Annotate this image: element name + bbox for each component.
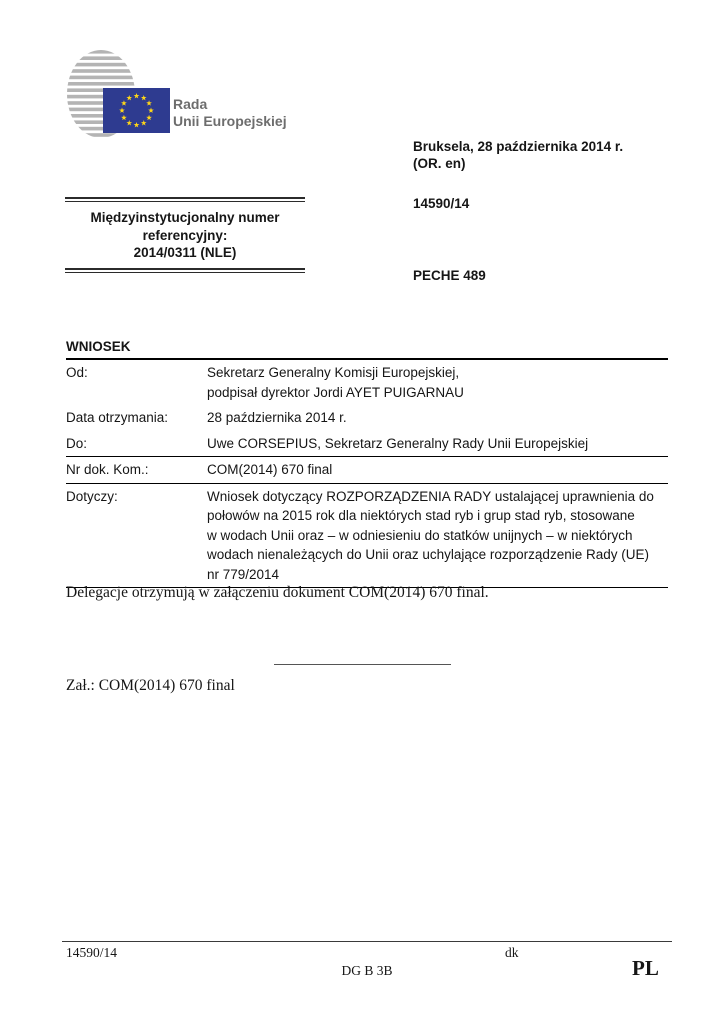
footer-initials: dk: [505, 945, 519, 961]
row-label: Nr dok. Kom.:: [66, 460, 207, 480]
row-value: Sekretarz Generalny Komisji Europejskiej…: [207, 363, 668, 402]
table-row-date-received: Data otrzymania: 28 października 2014 r.: [66, 405, 668, 431]
row-label: Do:: [66, 434, 207, 454]
row-label: Data otrzymania:: [66, 408, 207, 428]
place-and-date: Bruksela, 28 października 2014 r. (OR. e…: [413, 139, 623, 172]
row-label: Dotyczy:: [66, 487, 207, 585]
box-bottom-rule: [65, 268, 305, 273]
table-row-from: Od: Sekretarz Generalny Komisji Europejs…: [66, 360, 668, 405]
interinstitutional-reference-box: Międzyinstytucjonalny numer referencyjny…: [65, 197, 305, 273]
row-value: Uwe CORSEPIUS, Sekretarz Generalny Rady …: [207, 434, 668, 454]
interinstitutional-reference: Międzyinstytucjonalny numer referencyjny…: [65, 202, 305, 268]
place-date-line: Bruksela, 28 października 2014 r.: [413, 139, 623, 156]
table-row-to: Do: Uwe CORSEPIUS, Sekretarz Generalny R…: [66, 431, 668, 457]
cover-table: WNIOSEK Od: Sekretarz Generalny Komisji …: [66, 339, 668, 588]
row-value: COM(2014) 670 final: [207, 460, 668, 480]
table-row-commission-doc-number: Nr dok. Kom.: COM(2014) 670 final: [66, 456, 668, 483]
separator-line: [274, 664, 451, 665]
row-value: 28 października 2014 r.: [207, 408, 668, 428]
footer-department: DG B 3B: [62, 963, 672, 979]
row-label: Od:: [66, 363, 207, 402]
table-row-subject: Dotyczy: Wniosek dotyczący ROZPORZĄDZENI…: [66, 483, 668, 589]
reference-line3: 2014/0311 (NLE): [67, 244, 303, 262]
org-name-line1: Rada: [173, 96, 287, 113]
attachment-note: Zał.: COM(2014) 670 final: [66, 677, 235, 695]
footer-doc-number: 14590/14: [66, 945, 117, 961]
cover-table-title: WNIOSEK: [66, 339, 668, 360]
footer-language-code: PL: [632, 956, 659, 981]
org-name: Rada Unii Europejskiej: [173, 96, 287, 130]
document-page: Rada Unii Europejskiej Bruksela, 28 paźd…: [0, 0, 725, 1024]
org-name-line2: Unii Europejskiej: [173, 113, 287, 130]
reference-line1: Międzyinstytucjonalny numer: [67, 209, 303, 227]
body-paragraph: Delegacje otrzymują w załączeniu dokumen…: [66, 584, 489, 602]
reference-line2: referencyjny:: [67, 227, 303, 245]
eu-flag-icon: [103, 88, 170, 133]
subject-code: PECHE 489: [413, 268, 486, 285]
document-number: 14590/14: [413, 196, 469, 213]
original-language: (OR. en): [413, 156, 623, 173]
row-value: Wniosek dotyczący ROZPORZĄDZENIA RADY us…: [207, 487, 668, 585]
footer-rule: [62, 941, 672, 942]
